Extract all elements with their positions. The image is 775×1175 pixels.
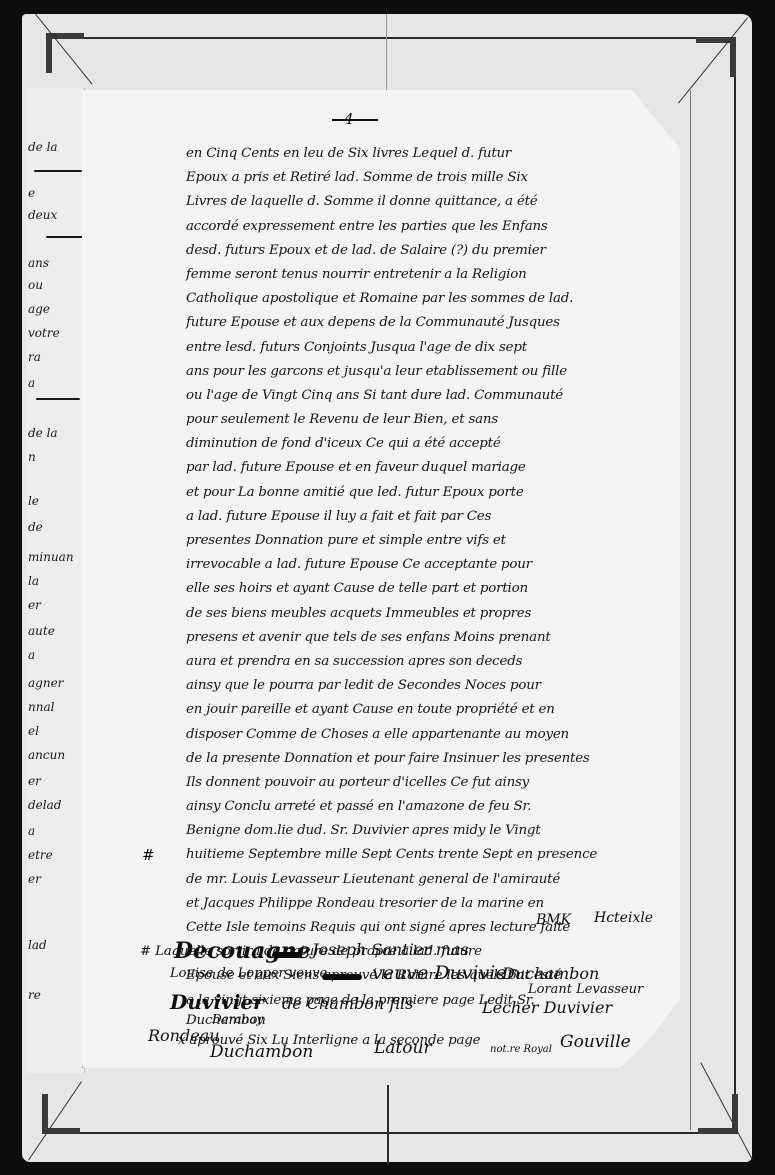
text-line: elle ses hoirs et ayant Cause de telle p… bbox=[186, 577, 681, 601]
prev-page-text: er bbox=[28, 598, 41, 612]
notary-title: not.re Royal bbox=[490, 1044, 552, 1055]
frame-right-line bbox=[734, 40, 736, 1130]
text-line: ainsy Conclu arreté et passé en l'amazon… bbox=[186, 795, 681, 819]
prev-page-text: le bbox=[28, 494, 39, 508]
text-line: Ils donnent pouvoir au porteur d'icelles… bbox=[186, 771, 681, 795]
prev-page-text: el bbox=[28, 724, 39, 738]
text-line: en jouir pareille et ayant Cause en tout… bbox=[186, 698, 681, 722]
prev-page-line-filler bbox=[34, 170, 82, 172]
prev-page-text: de la bbox=[28, 140, 58, 154]
text-line: de ses biens meubles acquets Immeubles e… bbox=[186, 602, 681, 626]
prev-page-text: de la bbox=[28, 426, 58, 440]
text-line: par lad. future Epouse et en faveur duqu… bbox=[186, 456, 681, 480]
text-line: future Epouse et aux depens de la Commun… bbox=[186, 311, 681, 335]
text-line: Livres de laquelle d. Somme il donne qui… bbox=[186, 190, 681, 214]
text-line: presentes Donnation pure et simple entre… bbox=[186, 529, 681, 553]
frame-inner-right bbox=[690, 90, 691, 1130]
text-line: de mr. Louis Levasseur Lieutenant genera… bbox=[186, 868, 681, 892]
prev-page-text: la bbox=[28, 574, 39, 588]
text-line: pour seulement le Revenu de leur Bien, e… bbox=[186, 408, 681, 432]
folio-number: 4 bbox=[344, 110, 354, 128]
prev-page-text: ra bbox=[28, 350, 41, 364]
signature: Duvivier bbox=[170, 990, 264, 1014]
prev-page-text: etre bbox=[28, 848, 53, 862]
prev-page-text: er bbox=[28, 872, 41, 886]
prev-page-text: minuan bbox=[28, 550, 74, 564]
corner-bracket-bl-v bbox=[42, 1094, 48, 1134]
text-line: ainsy que le pourra par ledit de Seconde… bbox=[186, 674, 681, 698]
prev-page-text: votre bbox=[28, 326, 60, 340]
prev-page-text: nnal bbox=[28, 700, 54, 714]
prev-page-text: a bbox=[28, 648, 35, 662]
signature: Lecher Duvivier bbox=[482, 998, 612, 1017]
prev-page-text: age bbox=[28, 302, 50, 316]
document-page: 4 en Cinq Cents en leu de Six livres Leq… bbox=[82, 90, 680, 1068]
text-line: irrevocable a lad. future Epouse Ce acce… bbox=[186, 553, 681, 577]
previous-page-fragment: de la e deux ans ou age votre ra a de la… bbox=[26, 88, 85, 1073]
margin-hash-mark: # bbox=[142, 846, 155, 864]
prev-page-text: er bbox=[28, 774, 41, 788]
text-line: Catholique apostolique et Romaine par le… bbox=[186, 287, 681, 311]
text-line: accordé expressement entre les parties q… bbox=[186, 215, 681, 239]
frame-fold-bottom bbox=[387, 1085, 389, 1165]
text-line: a lad. future Epouse il luy a fait et fa… bbox=[186, 505, 681, 529]
text-line: huitieme Septembre mille Sept Cents tren… bbox=[186, 843, 681, 867]
signature: Deranay bbox=[212, 1012, 263, 1026]
prev-page-text: ans bbox=[28, 256, 49, 270]
signature: Duchambon bbox=[502, 964, 599, 983]
prev-page-text: lad bbox=[28, 938, 47, 952]
signature: Gouville bbox=[560, 1032, 631, 1052]
prev-page-line-filler bbox=[46, 236, 84, 238]
prev-page-text: ancun bbox=[28, 748, 65, 762]
text-line: femme seront tenus nourrir entretenir a … bbox=[186, 263, 681, 287]
text-line: et pour La bonne amitié que led. futur E… bbox=[186, 481, 681, 505]
prev-page-text: a bbox=[28, 376, 35, 390]
text-line: Epoux a pris et Retiré lad. Somme de tro… bbox=[186, 166, 681, 190]
text-line: presens et avenir que tels de ses enfans… bbox=[186, 626, 681, 650]
text-line: diminution de fond d'iceux Ce qui a été … bbox=[186, 432, 681, 456]
frame-fold-top bbox=[386, 14, 387, 94]
signature: Louise de Lopper veuve bbox=[170, 966, 327, 981]
signature: Joseph Santier mas bbox=[312, 940, 469, 959]
corner-bracket-tl-v bbox=[46, 33, 52, 73]
text-line: Benigne dom.lie dud. Sr. Duvivier apres … bbox=[186, 819, 681, 843]
frame-bottom-line bbox=[50, 1132, 732, 1134]
text-line: ou l'age de Vingt Cinq ans Si tant dure … bbox=[186, 384, 681, 408]
prev-page-text: n bbox=[28, 450, 36, 464]
signature: Rondeau bbox=[148, 1026, 220, 1045]
prev-page-text: aute bbox=[28, 624, 55, 638]
prev-page-text: re bbox=[28, 988, 41, 1002]
signature: veuve Duvivier bbox=[372, 962, 516, 984]
prev-page-text: a bbox=[28, 824, 35, 838]
text-line: aura et prendra en sa succession apres s… bbox=[186, 650, 681, 674]
signature: de Chambon fils bbox=[282, 994, 413, 1013]
marginal-initials: BMK bbox=[536, 912, 571, 928]
prev-page-text: ou bbox=[28, 278, 43, 292]
signature: Decouagne bbox=[174, 938, 311, 964]
prev-page-text: agner bbox=[28, 676, 63, 690]
marginal-initials: Hcteixle bbox=[594, 910, 653, 926]
frame-top-line bbox=[50, 37, 730, 39]
ink-flourish bbox=[272, 952, 302, 958]
signature: Duchambon bbox=[210, 1042, 313, 1062]
text-line: en Cinq Cents en leu de Six livres Leque… bbox=[186, 142, 681, 166]
prev-page-line-filler bbox=[36, 398, 80, 400]
text-line: disposer Comme de Choses a elle apparten… bbox=[186, 723, 681, 747]
ink-blot bbox=[322, 974, 362, 980]
prev-page-text: deux bbox=[28, 208, 57, 222]
folio-rule bbox=[332, 119, 378, 121]
corner-bracket-tr-v bbox=[730, 37, 736, 77]
prev-page-text: de bbox=[28, 520, 43, 534]
text-line: desd. futurs Epoux et de lad. de Salaire… bbox=[186, 239, 681, 263]
signature: Lorant Levasseur bbox=[528, 982, 643, 997]
text-line: entre lesd. futurs Conjoints Jusqua l'ag… bbox=[186, 336, 681, 360]
signature: Latour bbox=[374, 1038, 432, 1058]
text-line: de la presente Donnation et pour faire I… bbox=[186, 747, 681, 771]
prev-page-text: e bbox=[28, 186, 35, 200]
text-line: ans pour les garcons et jusqu'a leur eta… bbox=[186, 360, 681, 384]
prev-page-text: delad bbox=[28, 798, 61, 812]
